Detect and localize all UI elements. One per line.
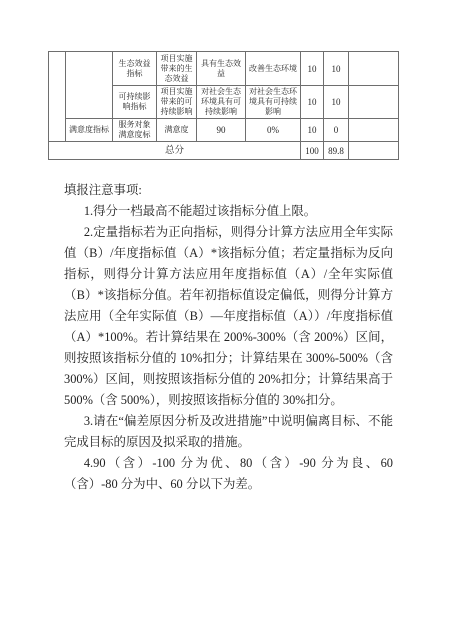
cell-actual-value: 0%: [246, 119, 301, 142]
cell-points: 10: [301, 52, 324, 86]
cell-total-label: 总分: [49, 142, 301, 160]
performance-score-table: 生态效益指标 项目实施带来的生态效益 具有生态效益 改善生态环境 10 10 可…: [48, 51, 399, 160]
notes-section: 填报注意事项: 1.得分一档最高不能超过该指标分值上限。 2.定量指标若为正向指…: [64, 180, 393, 495]
cell-target-value: 具有生态效益: [197, 52, 246, 86]
cell-indicator-name: 项目实施带来的可持续影响: [157, 86, 197, 119]
cell-score: 10: [324, 86, 349, 119]
cell-score: 10: [324, 52, 349, 86]
cell-target-value: 对社会生态环境具有可持续影响: [197, 86, 246, 119]
note-item-2: 2.定量指标若为正向指标，则得分计算方法应用全年实际值（B）/年度指标值（A）*…: [64, 222, 393, 411]
cell-category-empty: [66, 52, 113, 119]
cell-note-empty: [349, 142, 399, 160]
cell-indicator-name: 满意度: [157, 119, 197, 142]
note-item-3: 3.请在“偏差原因分析及改进措施”中说明偏离目标、不能完成目标的原因及拟采取的措…: [64, 411, 393, 453]
cell-points: 10: [301, 119, 324, 142]
cell-note-empty: [349, 52, 399, 86]
cell-total-score: 89.8: [324, 142, 349, 160]
cell-level1-empty: [49, 52, 66, 142]
cell-indicator-name: 项目实施带来的生态效益: [157, 52, 197, 86]
notes-heading: 填报注意事项:: [64, 180, 393, 201]
cell-note-empty: [349, 119, 399, 142]
cell-points: 10: [301, 86, 324, 119]
cell-sub-indicator: 可持续影响指标: [113, 86, 157, 119]
cell-note-empty: [349, 86, 399, 119]
table-row-eco-benefit: 生态效益指标 项目实施带来的生态效益 具有生态效益 改善生态环境 10 10: [49, 52, 399, 86]
cell-category: 满意度指标: [66, 119, 113, 142]
note-item-1: 1.得分一档最高不能超过该指标分值上限。: [64, 201, 393, 222]
cell-sub-indicator: 生态效益指标: [113, 52, 157, 86]
note-item-4: 4.90（含）-100 分为优、80（含）-90 分为良、60（含）-80 分为…: [64, 453, 393, 495]
cell-total-points: 100: [301, 142, 324, 160]
table-row-total: 总分 100 89.8: [49, 142, 399, 160]
document-page: 生态效益指标 项目实施带来的生态效益 具有生态效益 改善生态环境 10 10 可…: [0, 0, 451, 638]
cell-sub-indicator: 服务对象满意度标: [113, 119, 157, 142]
cell-target-value: 90: [197, 119, 246, 142]
cell-score: 0: [324, 119, 349, 142]
cell-actual-value: 对社会生态环境具有可持续影响: [246, 86, 301, 119]
table-row-satisfaction: 满意度指标 服务对象满意度标 满意度 90 0% 10 0: [49, 119, 399, 142]
cell-actual-value: 改善生态环境: [246, 52, 301, 86]
